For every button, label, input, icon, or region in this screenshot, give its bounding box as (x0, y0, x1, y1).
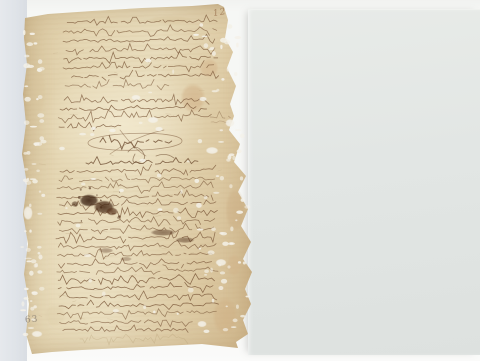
manuscript-page (22, 4, 256, 356)
archival-photo: 12 63 (0, 0, 480, 361)
backdrop-left-strip (0, 0, 27, 361)
blank-facing-page (248, 9, 480, 355)
pencil-page-number: 63 (25, 315, 39, 326)
